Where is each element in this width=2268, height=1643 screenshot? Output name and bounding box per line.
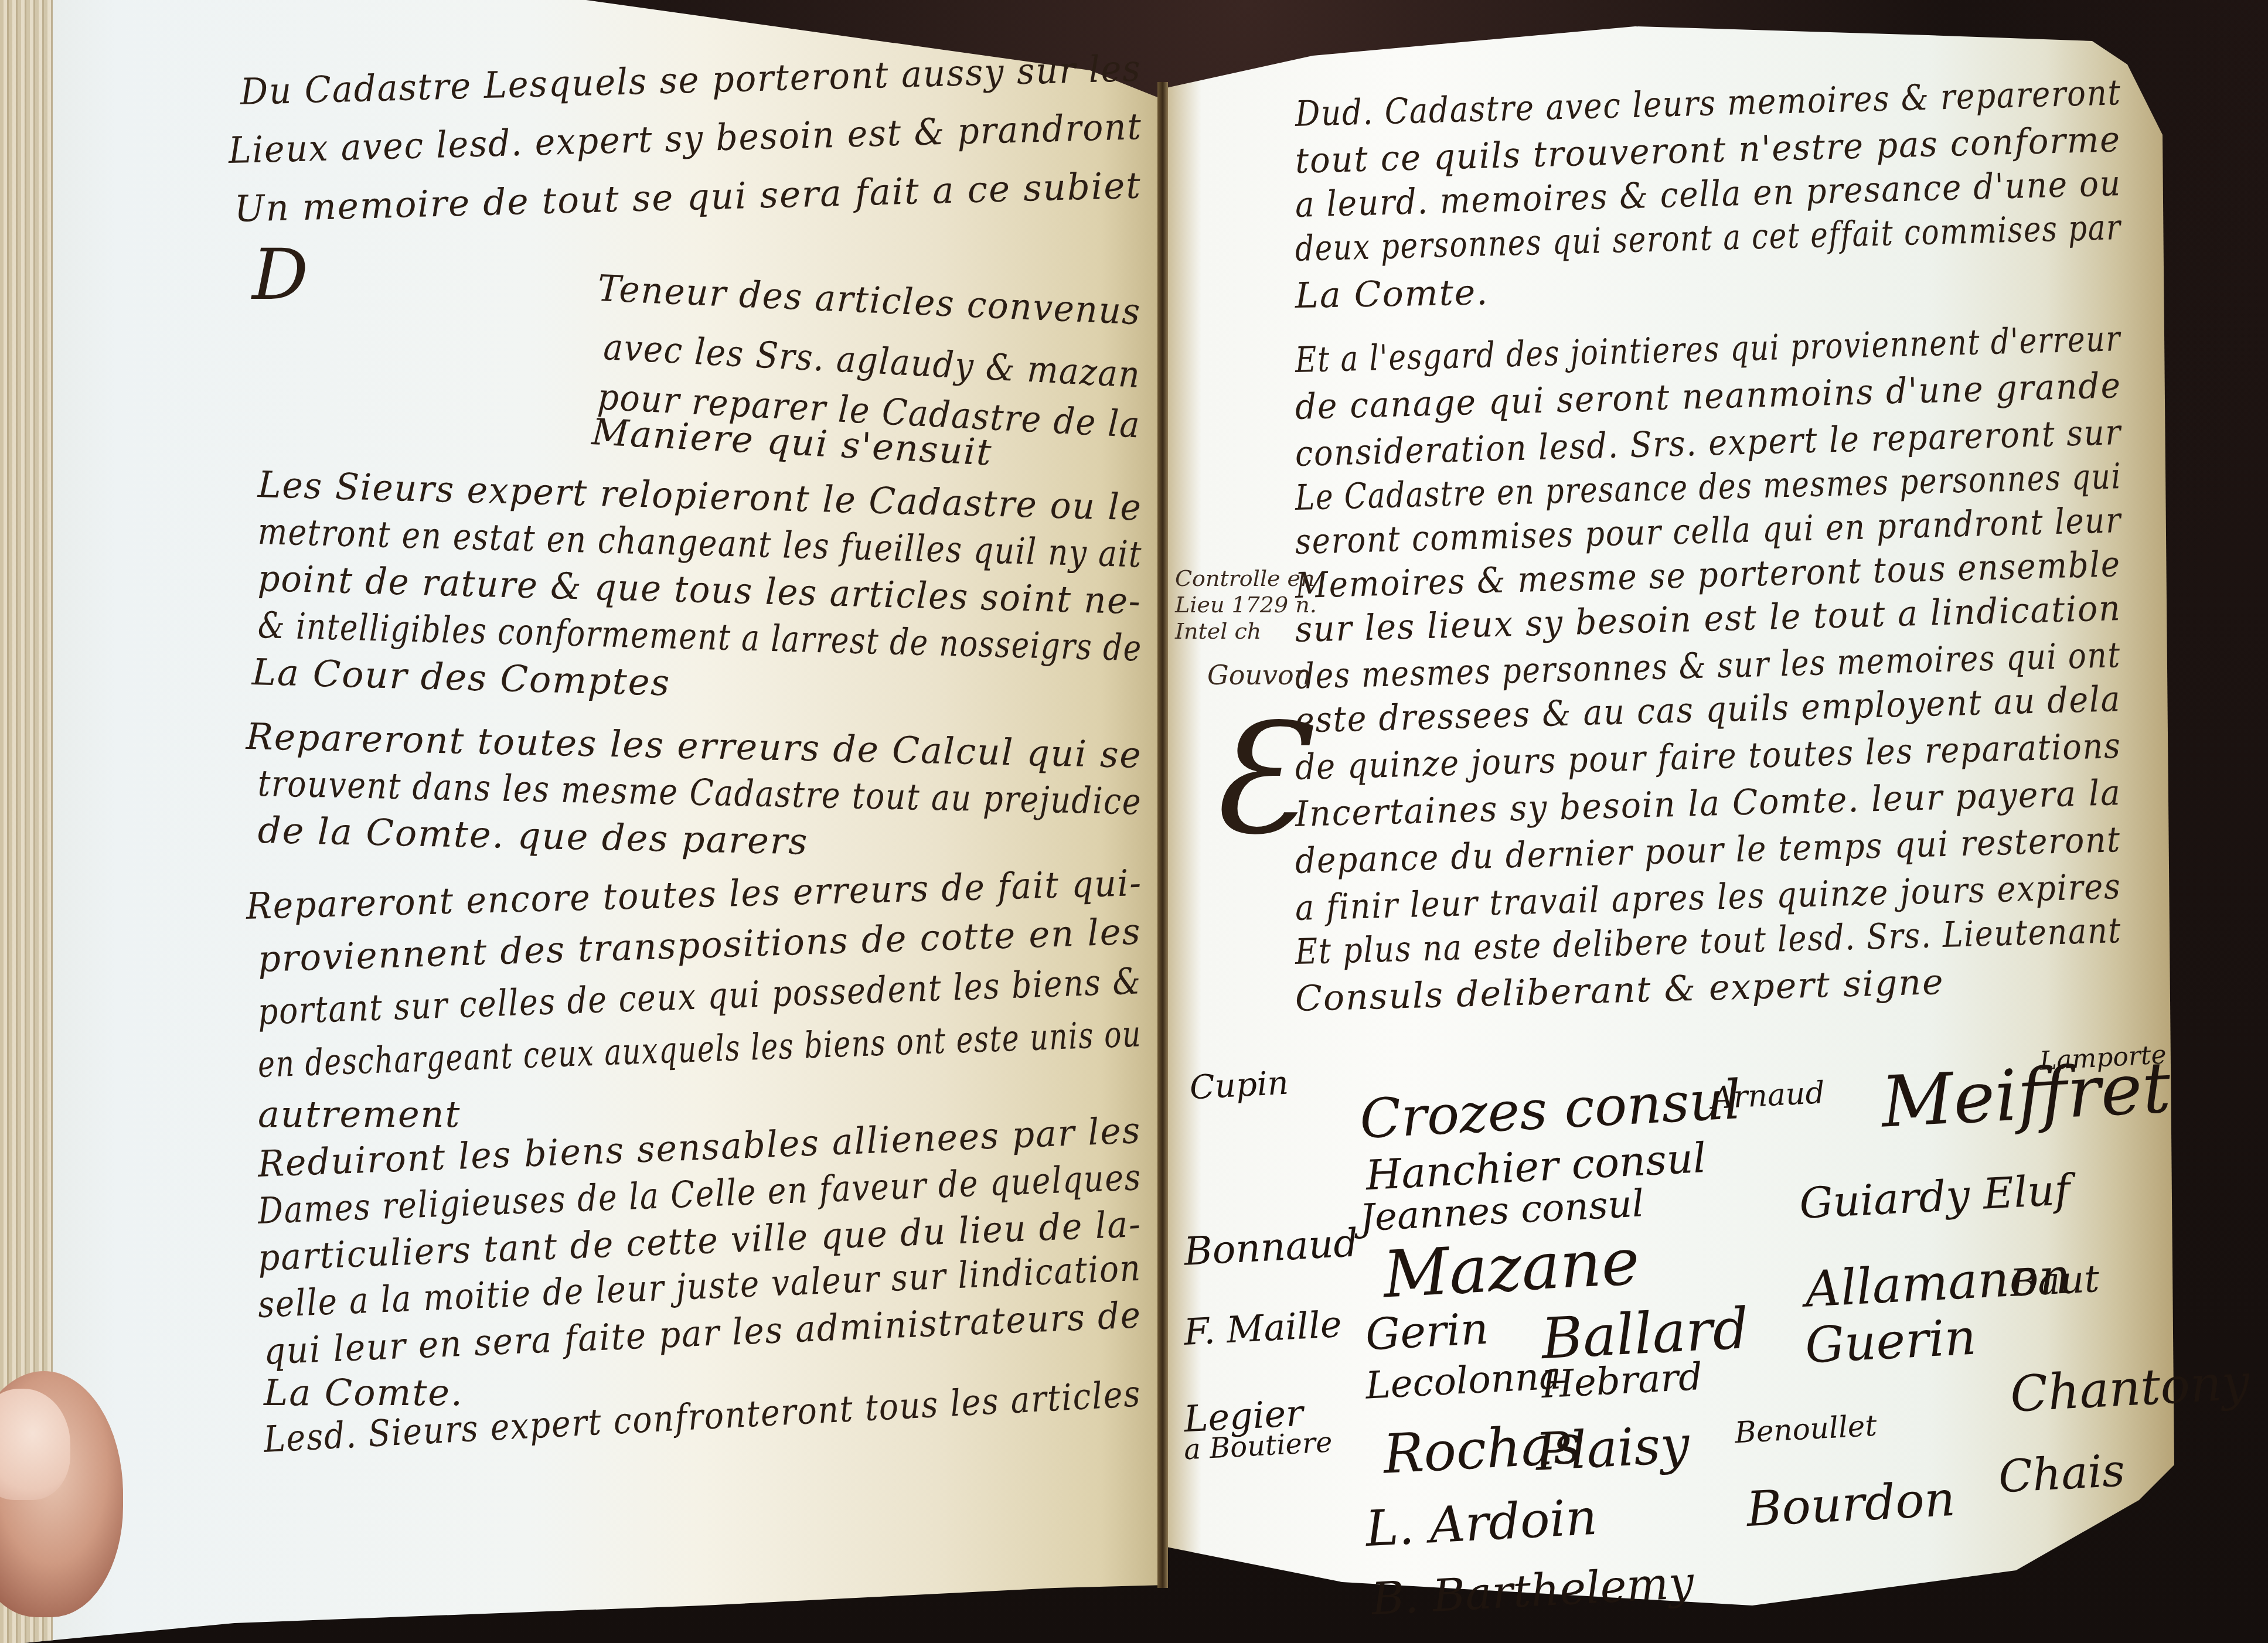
signature: Arnaud (1711, 1075, 1826, 1116)
paraph-flourish: Ɛ (1207, 691, 1302, 868)
signature: Bourdon (1745, 1471, 1957, 1538)
signature: Cupin (1189, 1064, 1289, 1107)
signature: Gerin (1364, 1304, 1490, 1361)
signature: F. Maille (1183, 1303, 1343, 1354)
left-page-line: autrement (258, 1093, 461, 1136)
signature: Plaisy (1534, 1414, 1691, 1482)
right-page-line: La Comte. (1295, 272, 1489, 316)
signature: Guerin (1804, 1308, 1978, 1374)
left-page-line: La Comte. (264, 1371, 464, 1414)
initial-mark-d: D (252, 234, 308, 316)
signature: Chais (1997, 1444, 2126, 1502)
margin-note: Lieu 1729 n. (1175, 592, 1317, 618)
signature: L. Ardoin (1364, 1488, 1599, 1558)
signature: Hebrard (1540, 1355, 1703, 1407)
signature: Mazane (1381, 1224, 1642, 1313)
book-spine (1157, 82, 1168, 1588)
signature: Bonnaud (1183, 1220, 1359, 1274)
margin-note: Gouvon (1207, 659, 1311, 691)
margin-note: Intel ch (1175, 618, 1261, 644)
margin-note: Controlle en (1175, 565, 1315, 591)
signature: Baut (2009, 1257, 2100, 1305)
